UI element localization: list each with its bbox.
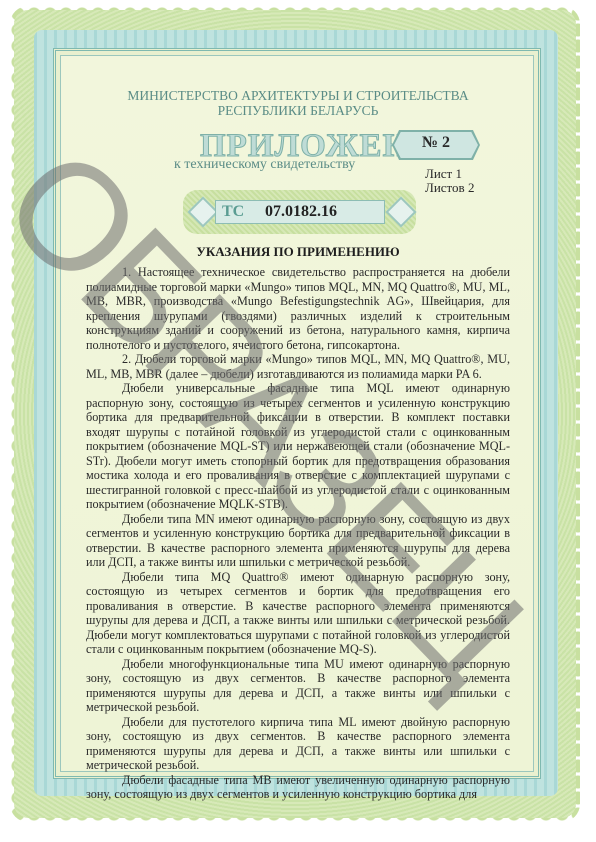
document-body: 1. Настоящее техническое свидетельство р…: [86, 265, 510, 802]
certificate-number: 07.0182.16: [265, 203, 337, 221]
sheets-total: Листов 2: [425, 180, 474, 196]
paragraph: Дюбели типа MN имеют одинарную распорную…: [86, 512, 510, 570]
ministry-name-line2: РЕСПУБЛИКИ БЕЛАРУСЬ: [0, 103, 596, 118]
paragraph: 2. Дюбели торговой марки «Mungo» типов M…: [86, 352, 510, 381]
appendix-subtitle: к техническому свидетельству: [174, 157, 355, 173]
paragraph: Дюбели для пустотелого кирпича типа ML и…: [86, 715, 510, 773]
paragraph: 1. Настоящее техническое свидетельство р…: [86, 265, 510, 352]
paragraph: Дюбели фасадные типа MB имеют увеличенну…: [86, 773, 510, 802]
paragraph: Дюбели универсальные фасадные типа MQL и…: [86, 381, 510, 512]
paragraph: Дюбели многофункциональные типа MU имеют…: [86, 657, 510, 715]
ministry-name-line1: МИНИСТЕРСТВО АРХИТЕКТУРЫ И СТРОИТЕЛЬСТВА: [0, 88, 596, 103]
paragraph: Дюбели типа MQ Quattro® имеют одинарную …: [86, 570, 510, 657]
section-title: УКАЗАНИЯ ПО ПРИМЕНЕНИЮ: [0, 244, 596, 260]
appendix-number: № 2: [394, 134, 478, 152]
certificate-type-label: ТС: [222, 203, 244, 221]
